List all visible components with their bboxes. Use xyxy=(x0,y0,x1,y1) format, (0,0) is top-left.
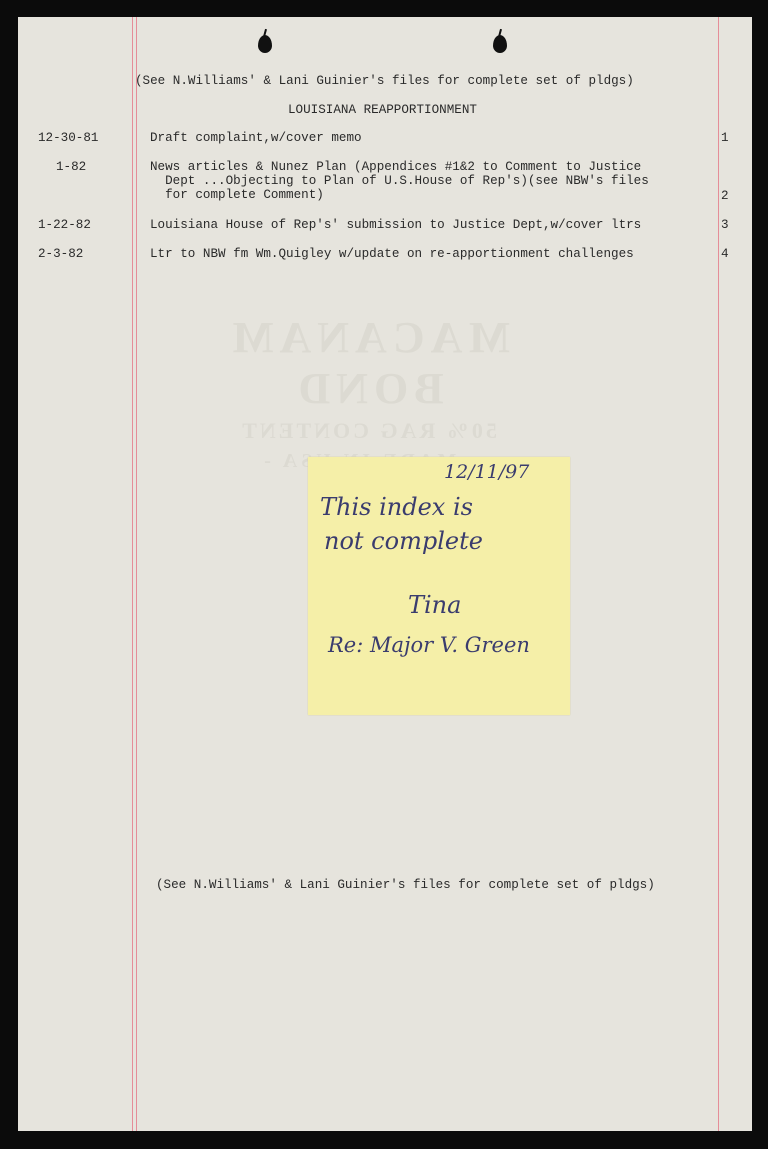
sticky-date: 12/11/97 xyxy=(444,461,529,483)
left-margin-line-2 xyxy=(136,17,137,1131)
header-note: (See N.Williams' & Lani Guinier's files … xyxy=(135,74,634,89)
document-title: LOUISIANA REAPPORTIONMENT xyxy=(288,103,477,118)
entry-description: Dept ...Objecting to Plan of U.S.House o… xyxy=(150,174,649,189)
sticky-signature: Tina xyxy=(408,591,461,619)
entry-date: 2-3-82 xyxy=(38,247,83,262)
sticky-line-2: not complete xyxy=(324,527,483,555)
sticky-reference: Re: Major V. Green xyxy=(328,633,530,657)
sticky-line-1: This index is xyxy=(320,493,473,521)
entry-number: 3 xyxy=(721,218,729,233)
footer-note: (See N.Williams' & Lani Guinier's files … xyxy=(156,878,655,893)
entry-description: for complete Comment) xyxy=(150,188,324,203)
entry-number: 1 xyxy=(721,131,729,146)
entry-description: Louisiana House of Rep's' submission to … xyxy=(150,218,641,233)
punch-hole-icon xyxy=(493,35,507,53)
entry-description: News articles & Nunez Plan (Appendices #… xyxy=(150,160,641,175)
entry-date: 1-82 xyxy=(56,160,86,175)
entry-date: 1-22-82 xyxy=(38,218,91,233)
entry-number: 2 xyxy=(721,189,729,204)
entry-date: 12-30-81 xyxy=(38,131,98,146)
left-margin-line xyxy=(132,17,133,1131)
entry-number: 4 xyxy=(721,247,729,262)
entry-description: Ltr to NBW fm Wm.Quigley w/update on re-… xyxy=(150,247,634,262)
paper-watermark: MACANAM BOND 50% RAG CONTENT - MADE IN U… xyxy=(168,312,568,473)
sticky-note: 12/11/97 This index is not complete Tina… xyxy=(308,457,570,715)
right-margin-line xyxy=(718,17,719,1131)
entry-description: Draft complaint,w/cover memo xyxy=(150,131,362,146)
punch-hole-icon xyxy=(258,35,272,53)
document-page: MACANAM BOND 50% RAG CONTENT - MADE IN U… xyxy=(18,17,752,1131)
